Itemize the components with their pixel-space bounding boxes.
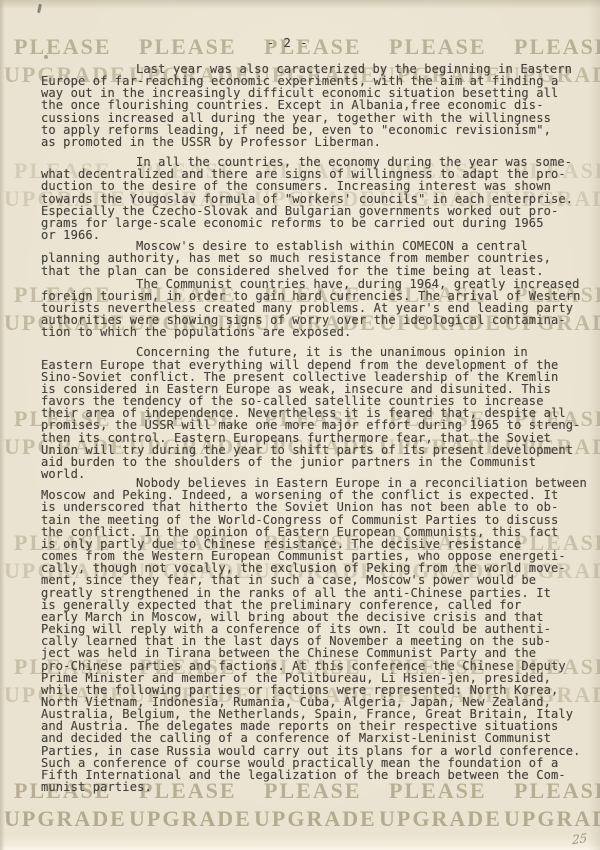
paragraph: Moscow's desire to establish within COME… — [41, 240, 586, 276]
paragraph: Last year was also caracterized by the b… — [41, 63, 586, 148]
scan-speck — [37, 4, 42, 13]
watermark-word: UPGRADE — [379, 806, 504, 832]
scan-speck — [44, 55, 48, 59]
watermark-row: UPGRADEUPGRADEUPGRADEUPGRADEUPGRADE — [0, 806, 600, 832]
paragraph: Nobody believes in Eastern Europe in a r… — [41, 477, 586, 793]
paragraph: The Communist countries have, during 196… — [41, 278, 586, 339]
watermark-word: UPGRADE — [129, 806, 254, 832]
page-number: - 2 - — [267, 36, 308, 50]
watermark-word: PLEASE — [514, 34, 600, 60]
handwritten-page-note: 25 — [572, 831, 587, 847]
watermark-word: UPGRADE — [4, 806, 129, 832]
scanned-document-page: PLEASEPLEASEPLEASEPLEASEPLEASEUPGRADEUPG… — [0, 0, 600, 850]
paragraph: In all the countries, the economy during… — [41, 156, 586, 241]
watermark-word: UPGRADE — [504, 806, 600, 832]
watermark-word: UPGRADE — [254, 806, 379, 832]
paragraph: Concerning the future, it is the unanimo… — [41, 346, 586, 480]
watermark-word: PLEASE — [389, 34, 514, 60]
watermark-word: PLEASE — [14, 34, 139, 60]
watermark-word: PLEASE — [139, 34, 264, 60]
document-body: Last year was also caracterized by the b… — [41, 63, 586, 793]
